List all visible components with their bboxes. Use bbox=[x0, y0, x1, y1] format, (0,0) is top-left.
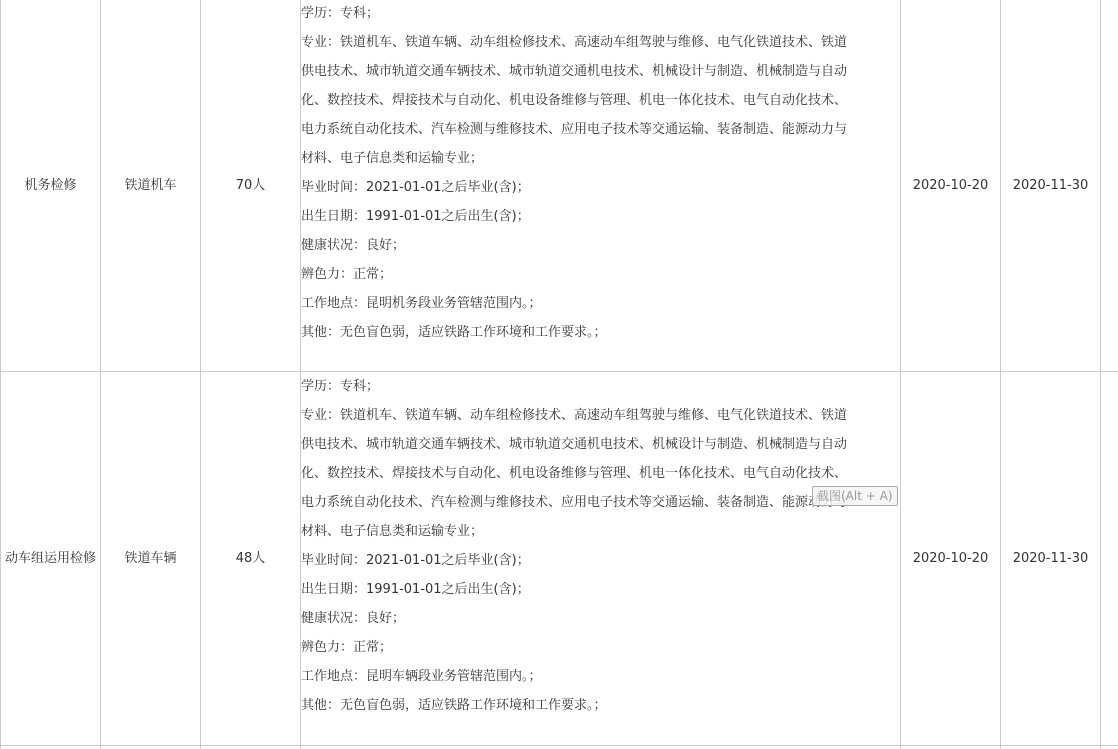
empty-cell bbox=[901, 746, 1001, 749]
screenshot-tooltip: 截图(Alt + A) bbox=[812, 486, 898, 506]
position-cell: 动车组运用检修 bbox=[1, 372, 101, 746]
requirement-line: 材料、电子信息类和运输专业； bbox=[301, 144, 900, 173]
job-listing-table: 机务检修 铁道机车 70人 学历：专科； 专业：铁道机车、铁道车辆、动车组检修技… bbox=[0, 0, 1118, 749]
table-row: 机务检修 铁道机车 70人 学历：专科； 专业：铁道机车、铁道车辆、动车组检修技… bbox=[1, 0, 1118, 372]
major-category-cell: 铁道机车 bbox=[101, 0, 201, 372]
requirement-line: 学历：专科； bbox=[301, 0, 900, 28]
requirement-line: 化、数控技术、焊接技术与自动化、机电设备维修与管理、机电一体化技术、电气自动化技… bbox=[301, 86, 900, 115]
requirement-line: 毕业时间：2021-01-01之后毕业(含)； bbox=[301, 173, 900, 202]
requirement-line: 健康状况：良好； bbox=[301, 231, 900, 260]
requirement-line: 供电技术、城市轨道交通车辆技术、城市轨道交通机电技术、机械设计与制造、机械制造与… bbox=[301, 430, 900, 459]
requirement-line: 其他：无色盲色弱，适应铁路工作环境和工作要求。； bbox=[301, 691, 900, 720]
requirement-line: 化、数控技术、焊接技术与自动化、机电设备维修与管理、机电一体化技术、电气自动化技… bbox=[301, 459, 900, 488]
end-date-cell: 2020-11-30 bbox=[1001, 0, 1101, 372]
requirement-line: 辨色力：正常； bbox=[301, 633, 900, 662]
table-row bbox=[1, 746, 1118, 749]
empty-cell bbox=[201, 746, 301, 749]
requirement-line: 专业：铁道机车、铁道车辆、动车组检修技术、高速动车组驾驶与维修、电气化铁道技术、… bbox=[301, 401, 900, 430]
requirement-line: 电力系统自动化技术、汽车检测与维修技术、应用电子技术等交通运输、装备制造、能源动… bbox=[301, 488, 900, 517]
requirement-line: 专业：铁道机车、铁道车辆、动车组检修技术、高速动车组驾驶与维修、电气化铁道技术、… bbox=[301, 28, 900, 57]
action-cell bbox=[1101, 372, 1118, 746]
requirement-line: 工作地点：昆明车辆段业务管辖范围内。； bbox=[301, 662, 900, 691]
headcount-cell: 70人 bbox=[201, 0, 301, 372]
requirement-line: 毕业时间：2021-01-01之后毕业(含)； bbox=[301, 546, 900, 575]
requirement-line: 辨色力：正常； bbox=[301, 260, 900, 289]
empty-cell bbox=[1, 746, 101, 749]
start-date-cell: 2020-10-20 bbox=[901, 0, 1001, 372]
end-date-cell: 2020-11-30 bbox=[1001, 372, 1101, 746]
requirement-line: 供电技术、城市轨道交通车辆技术、城市轨道交通机电技术、机械设计与制造、机械制造与… bbox=[301, 57, 900, 86]
major-category-cell: 铁道车辆 bbox=[101, 372, 201, 746]
empty-cell bbox=[101, 746, 201, 749]
action-cell bbox=[1101, 0, 1118, 372]
requirement-line: 电力系统自动化技术、汽车检测与维修技术、应用电子技术等交通运输、装备制造、能源动… bbox=[301, 115, 900, 144]
start-date-cell: 2020-10-20 bbox=[901, 372, 1001, 746]
empty-cell bbox=[1101, 746, 1118, 749]
requirement-line: 出生日期：1991-01-01之后出生(含)； bbox=[301, 202, 900, 231]
requirement-line: 工作地点：昆明机务段业务管辖范围内。； bbox=[301, 289, 900, 318]
requirement-line: 出生日期：1991-01-01之后出生(含)； bbox=[301, 575, 900, 604]
requirement-line: 其他：无色盲色弱，适应铁路工作环境和工作要求。； bbox=[301, 318, 900, 347]
position-cell: 机务检修 bbox=[1, 0, 101, 372]
empty-cell bbox=[1001, 746, 1101, 749]
requirements-cell: 学历：专科； 专业：铁道机车、铁道车辆、动车组检修技术、高速动车组驾驶与维修、电… bbox=[301, 372, 901, 746]
requirement-line: 健康状况：良好； bbox=[301, 604, 900, 633]
requirements-cell: 学历：专科； 专业：铁道机车、铁道车辆、动车组检修技术、高速动车组驾驶与维修、电… bbox=[301, 0, 901, 372]
requirement-line: 材料、电子信息类和运输专业； bbox=[301, 517, 900, 546]
requirement-line: 学历：专科； bbox=[301, 372, 900, 401]
headcount-cell: 48人 bbox=[201, 372, 301, 746]
empty-cell bbox=[301, 746, 901, 749]
table-row: 动车组运用检修 铁道车辆 48人 学历：专科； 专业：铁道机车、铁道车辆、动车组… bbox=[1, 372, 1118, 746]
